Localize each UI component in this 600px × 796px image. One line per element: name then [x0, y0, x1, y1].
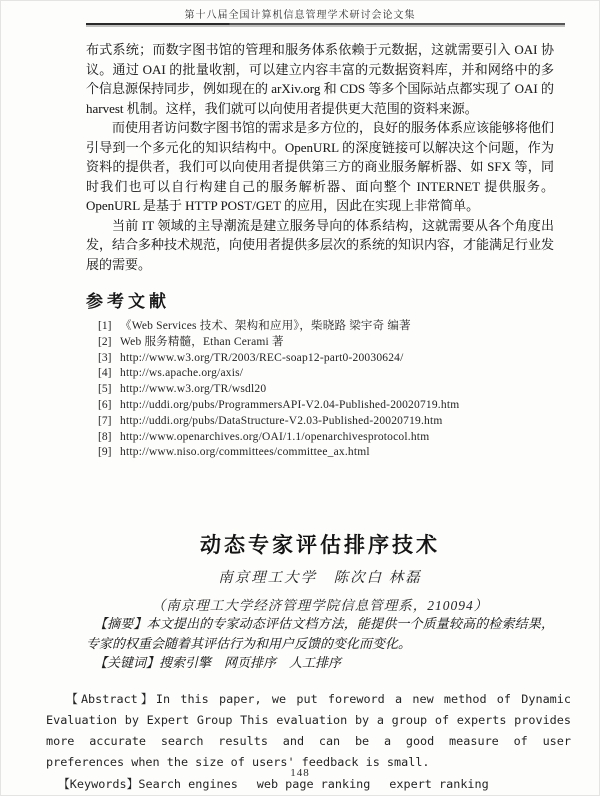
reference-number: [9]: [86, 445, 120, 461]
conference-title: 第十八届全国计算机信息管理学术研讨会论文集: [185, 10, 416, 21]
reference-item: [5] http://www.w3.org/TR/wsdl20: [86, 382, 554, 398]
reference-item: [3] http://www.w3.org/TR/2003/REC-soap12…: [86, 351, 554, 367]
reference-text: http://www.niso.org/committees/committee…: [120, 445, 554, 461]
references-heading: 参考文献: [86, 287, 554, 312]
reference-number: [7]: [86, 414, 120, 430]
body-paragraph: 当前 IT 领域的主导潮流是建立服务导向的体系结构，这就需要从各个角度出发，结合…: [86, 216, 554, 275]
scanned-paper-page: 第十八届全国计算机信息管理学术研讨会论文集 布式系统；而数字图书馆的管理和服务体…: [0, 0, 600, 796]
paper-affiliation: （南京理工大学经济管理学院信息管理系，210094）: [86, 594, 554, 614]
reference-text: http://uddi.org/pubs/ProgrammersAPI-V2.0…: [120, 398, 554, 414]
reference-number: [2]: [86, 335, 120, 351]
reference-text: Web 服务精髓，Ethan Cerami 著: [120, 335, 554, 351]
reference-number: [1]: [86, 319, 120, 335]
reference-item: [8] http://www.openarchives.org/OAI/1.1/…: [86, 430, 554, 446]
paper-title: 动态专家评估排序技术: [86, 529, 554, 559]
reference-text: 《Web Services 技术、架构和应用》，柴晓路 梁宇奇 编著: [120, 319, 554, 335]
reference-item: [6] http://uddi.org/pubs/ProgrammersAPI-…: [86, 398, 554, 414]
reference-number: [5]: [86, 382, 120, 398]
reference-text: http://www.w3.org/TR/2003/REC-soap12-par…: [120, 351, 554, 367]
reference-text: http://www.w3.org/TR/wsdl20: [120, 382, 554, 398]
reference-number: [8]: [86, 430, 120, 446]
reference-text: http://ws.apache.org/axis/: [120, 366, 554, 382]
reference-item: [2] Web 服务精髓，Ethan Cerami 著: [86, 335, 554, 351]
reference-number: [4]: [86, 366, 120, 382]
reference-item: [7] http://uddi.org/pubs/DataStructure-V…: [86, 414, 554, 430]
keywords-chinese: 【关键词】搜索引擎 网页排序 人工排序: [86, 653, 554, 673]
body-paragraph: 布式系统；而数字图书馆的管理和服务体系依赖于元数据，这就需要引入 OAI 协议。…: [86, 40, 554, 118]
page-number: 148: [1, 767, 599, 779]
reference-item: [9] http://www.niso.org/committees/commi…: [86, 445, 554, 461]
keywords-cn-text: 搜索引擎 网页排序 人工排序: [159, 655, 341, 670]
references-list: [1] 《Web Services 技术、架构和应用》，柴晓路 梁宇奇 编著 […: [86, 319, 554, 461]
header-rule: [86, 23, 565, 25]
abstract-cn-label: 【摘要】: [94, 616, 147, 631]
abstract-cn-text: 本文提出的专家动态评估文档方法，能提供一个质量较高的检索结果，专家的权重会随着其…: [86, 616, 554, 651]
running-head: 第十八届全国计算机信息管理学术研讨会论文集: [1, 1, 599, 21]
reference-item: [1] 《Web Services 技术、架构和应用》，柴晓路 梁宇奇 编著: [86, 319, 554, 335]
main-column: 布式系统；而数字图书馆的管理和服务体系依赖于元数据，这就需要引入 OAI 协议。…: [86, 40, 554, 673]
paper-authors: 南京理工大学 陈次白 林磊: [86, 566, 554, 587]
keywords-cn-label: 【关键词】: [94, 655, 159, 670]
abstract-chinese: 【摘要】本文提出的专家动态评估文档方法，能提供一个质量较高的检索结果，专家的权重…: [86, 614, 554, 653]
reference-number: [3]: [86, 351, 120, 367]
reference-text: http://www.openarchives.org/OAI/1.1/open…: [120, 430, 554, 446]
reference-text: http://uddi.org/pubs/DataStructure-V2.03…: [120, 414, 554, 430]
abstract-en-label: 【Abstract】: [66, 692, 156, 706]
reference-item: [4] http://ws.apache.org/axis/: [86, 366, 554, 382]
reference-number: [6]: [86, 398, 120, 414]
abstract-english: 【Abstract】In this paper, we put foreword…: [46, 689, 571, 773]
body-paragraph: 而使用者访问数字图书馆的需求是多方位的，良好的服务体系应该能够将他们引导到一个多…: [86, 118, 554, 216]
